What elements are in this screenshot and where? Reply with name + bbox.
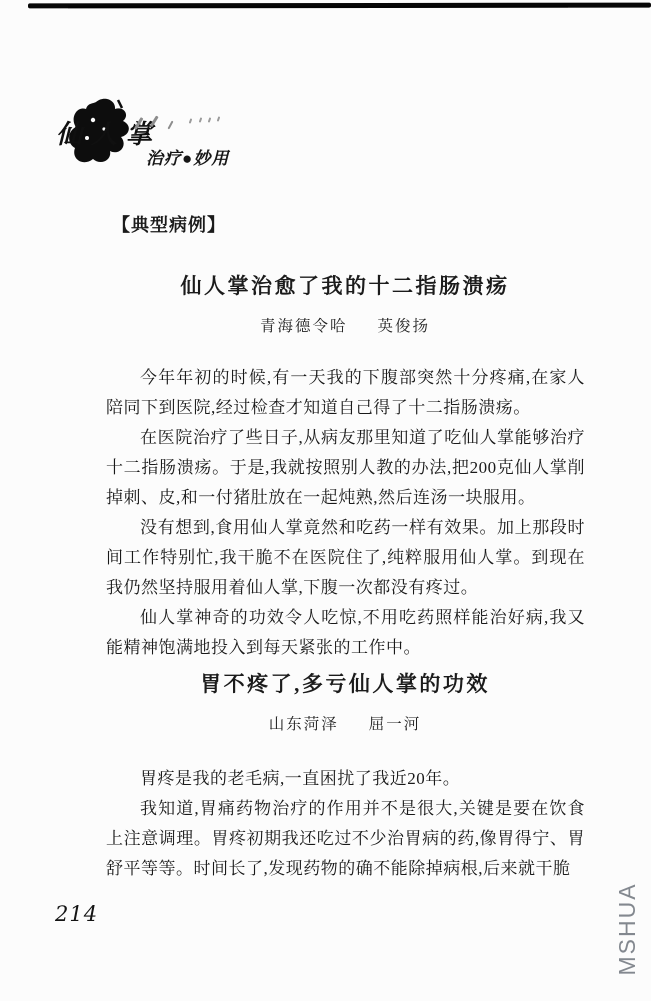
article-2-title: 胃不疼了,多亏仙人掌的功效 [105, 668, 585, 698]
article-1-byline: 青海德令哈英俊扬 [105, 314, 585, 336]
paragraph: 没有想到,食用仙人掌竟然和吃药一样有效果。加上那段时间工作特别忙,我干脆不在医院… [106, 513, 585, 603]
paragraph: 胃疼是我的老毛病,一直困扰了我近20年。 [106, 764, 585, 794]
scan-artifact [199, 117, 203, 122]
paragraph: 今年年初的时候,有一天我的下腹部突然十分疼痛,在家人陪同下到医院,经过检查才知道… [106, 363, 585, 423]
watermark-text: MSHUA [614, 859, 640, 999]
article-1-body: 今年年初的时候,有一天我的下腹部突然十分疼痛,在家人陪同下到医院,经过检查才知道… [106, 363, 585, 663]
scan-top-edge-line [28, 3, 651, 8]
article-1-byline-author: 英俊扬 [378, 318, 431, 335]
article-2-byline-author: 屈一河 [369, 716, 422, 733]
paragraph: 在医院治疗了些日子,从病友那里知道了吃仙人掌能够治疗十二指肠溃疡。于是,我就按照… [106, 423, 585, 513]
book-header-logo: 仙人掌 治疗●妙用 [52, 88, 312, 183]
scanned-book-page: 仙人掌 治疗●妙用 【典型病例】 仙人掌治愈了我的十二指肠溃疡 青海德令哈英俊扬… [0, 0, 651, 1001]
scan-artifact [217, 116, 221, 121]
logo-subtitle-text: 治疗●妙用 [146, 144, 229, 169]
scan-artifact [168, 121, 174, 130]
section-label: 【典型病例】 [112, 211, 226, 237]
article-2-byline: 山东菏泽屈一河 [105, 712, 585, 734]
article-2-byline-place: 山东菏泽 [269, 716, 339, 733]
paragraph: 我知道,胃痛药物治疗的作用并不是很大,关键是要在饮食上注意调理。胃疼初期我还吃过… [106, 794, 585, 884]
article-1-title: 仙人掌治愈了我的十二指肠溃疡 [105, 270, 585, 300]
scan-artifact [189, 118, 193, 123]
article-1-byline-place: 青海德令哈 [260, 318, 348, 335]
article-2-body: 胃疼是我的老毛病,一直困扰了我近20年。 我知道,胃痛药物治疗的作用并不是很大,… [106, 764, 585, 884]
page-number: 214 [55, 902, 98, 926]
paragraph: 仙人掌神奇的功效令人吃惊,不用吃药照样能治好病,我又能精神饱满地投入到每天紧张的… [106, 603, 585, 663]
scan-artifact [208, 117, 212, 122]
